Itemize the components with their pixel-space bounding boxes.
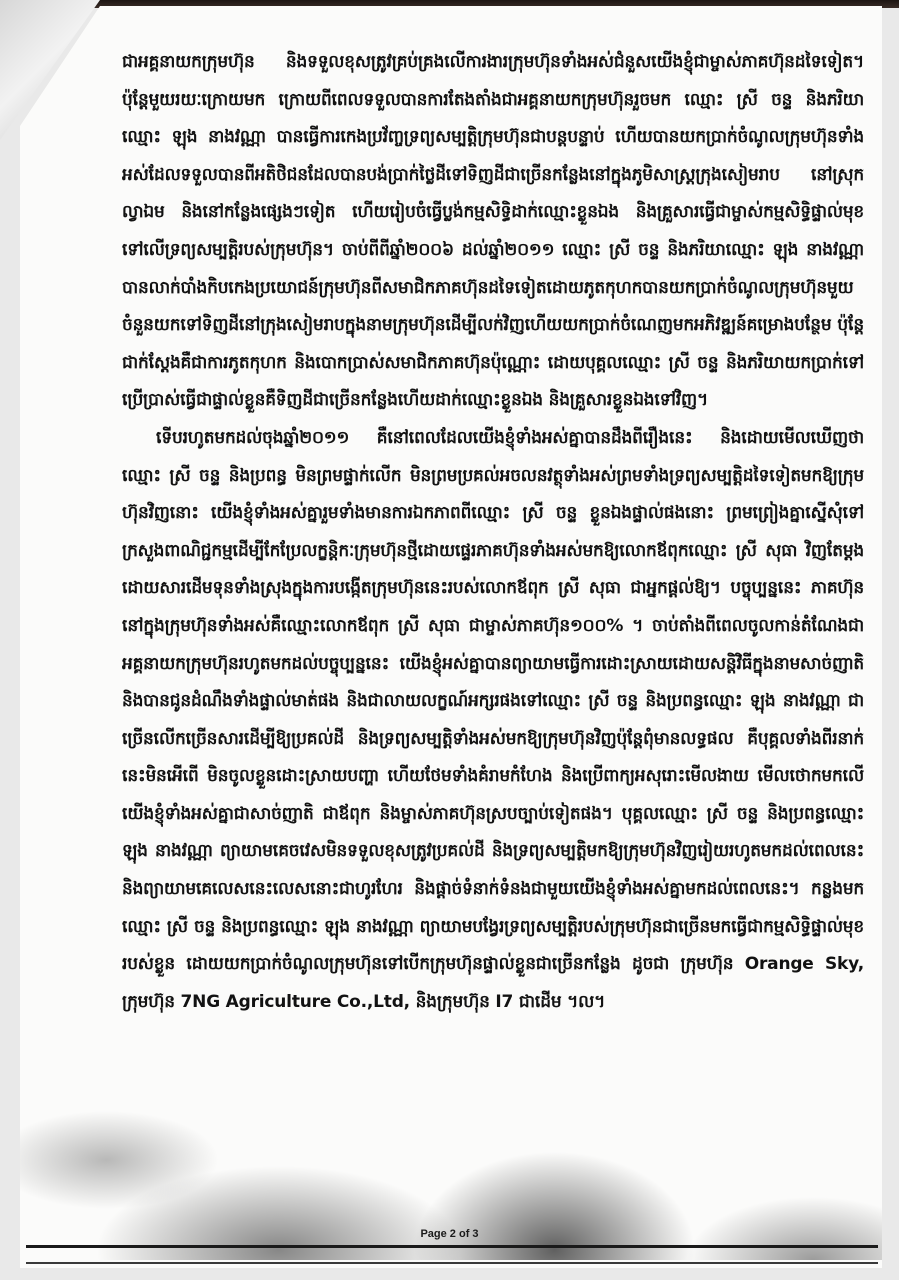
paragraph-1: ជាអគ្គនាយកក្រុមហ៊ុន និងទទួលខុសត្រូវគ្រប់…: [122, 44, 864, 420]
footer-rule-secondary: [26, 1262, 878, 1264]
document-body: ជាអគ្គនាយកក្រុមហ៊ុន និងទទួលខុសត្រូវគ្រប់…: [122, 44, 864, 1021]
paragraph-2: ទើបរហូតមកដល់ចុងឆ្នាំ២០១១ គឺនៅពេលដែលយើងខ្…: [122, 420, 864, 1022]
footer-rule: [26, 1245, 878, 1248]
page-number: Page 2 of 3: [0, 1228, 899, 1240]
